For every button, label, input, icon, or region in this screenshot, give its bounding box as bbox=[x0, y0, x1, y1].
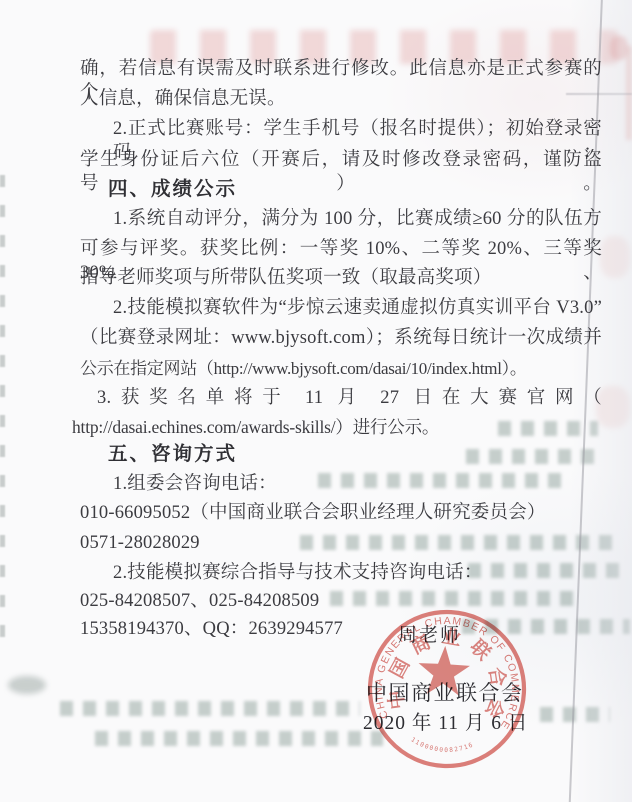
official-seal: CHINA GENERAL CHAMBER OF COMMERCE 中国商业联合… bbox=[358, 600, 537, 779]
section-heading-5: 五、咨询方式 bbox=[108, 442, 237, 466]
body-line-phone: 010-66095052（中国商业联合会职业经理人研究委员会） bbox=[80, 501, 602, 525]
bleedthrough-text bbox=[95, 731, 383, 746]
section-heading-4: 四、成绩公示 bbox=[108, 177, 237, 201]
bleedthrough-text bbox=[540, 707, 610, 722]
body-line: （比赛登录网址：www.bjysoft.com）；系统每日统计一次成绩并 bbox=[80, 326, 602, 350]
body-line-url: http://dasai.echines.com/awards-skills/）… bbox=[72, 415, 594, 439]
body-line: 2.技能模拟赛综合指导与技术支持咨询电话： bbox=[113, 561, 602, 585]
body-line-url: 公示在指定网站（http://www.bjysoft.com/dasai/10/… bbox=[80, 357, 602, 381]
scan-mark bbox=[626, 46, 632, 140]
scan-mark bbox=[610, 36, 628, 60]
svg-text:1100000082716: 1100000082716 bbox=[409, 736, 475, 755]
body-line: 1.系统自动评分，满分为 100 分，比赛成绩≥60 分的队伍方 bbox=[113, 207, 602, 231]
body-line-phone: 0571-28028029 bbox=[80, 531, 602, 555]
bleedthrough-text bbox=[60, 701, 360, 716]
body-line: 1.组委会咨询电话： bbox=[113, 472, 602, 496]
body-line: 3.获奖名单将于 11 月 27 日在大赛官网（ bbox=[97, 386, 602, 410]
scan-mark bbox=[8, 676, 46, 694]
scanned-notice-page: 确，若信息有误需及时联系进行修改。此信息亦是正式参赛的个 人信息，确保信息无误。… bbox=[0, 0, 632, 802]
bleedthrough-text bbox=[466, 449, 598, 464]
seal-serial-number: 1100000082716 bbox=[409, 736, 475, 755]
scan-mark bbox=[600, 236, 630, 278]
body-line: 2.技能模拟赛软件为“步惊云速卖通虚拟仿真实训平台 V3.0” bbox=[113, 296, 602, 320]
body-line: 人信息，确保信息无误。 bbox=[80, 87, 602, 111]
body-line: 指导老师奖项与所带队伍奖项一致（取最高奖项） bbox=[80, 266, 602, 290]
binding-edge-marks bbox=[0, 175, 5, 653]
